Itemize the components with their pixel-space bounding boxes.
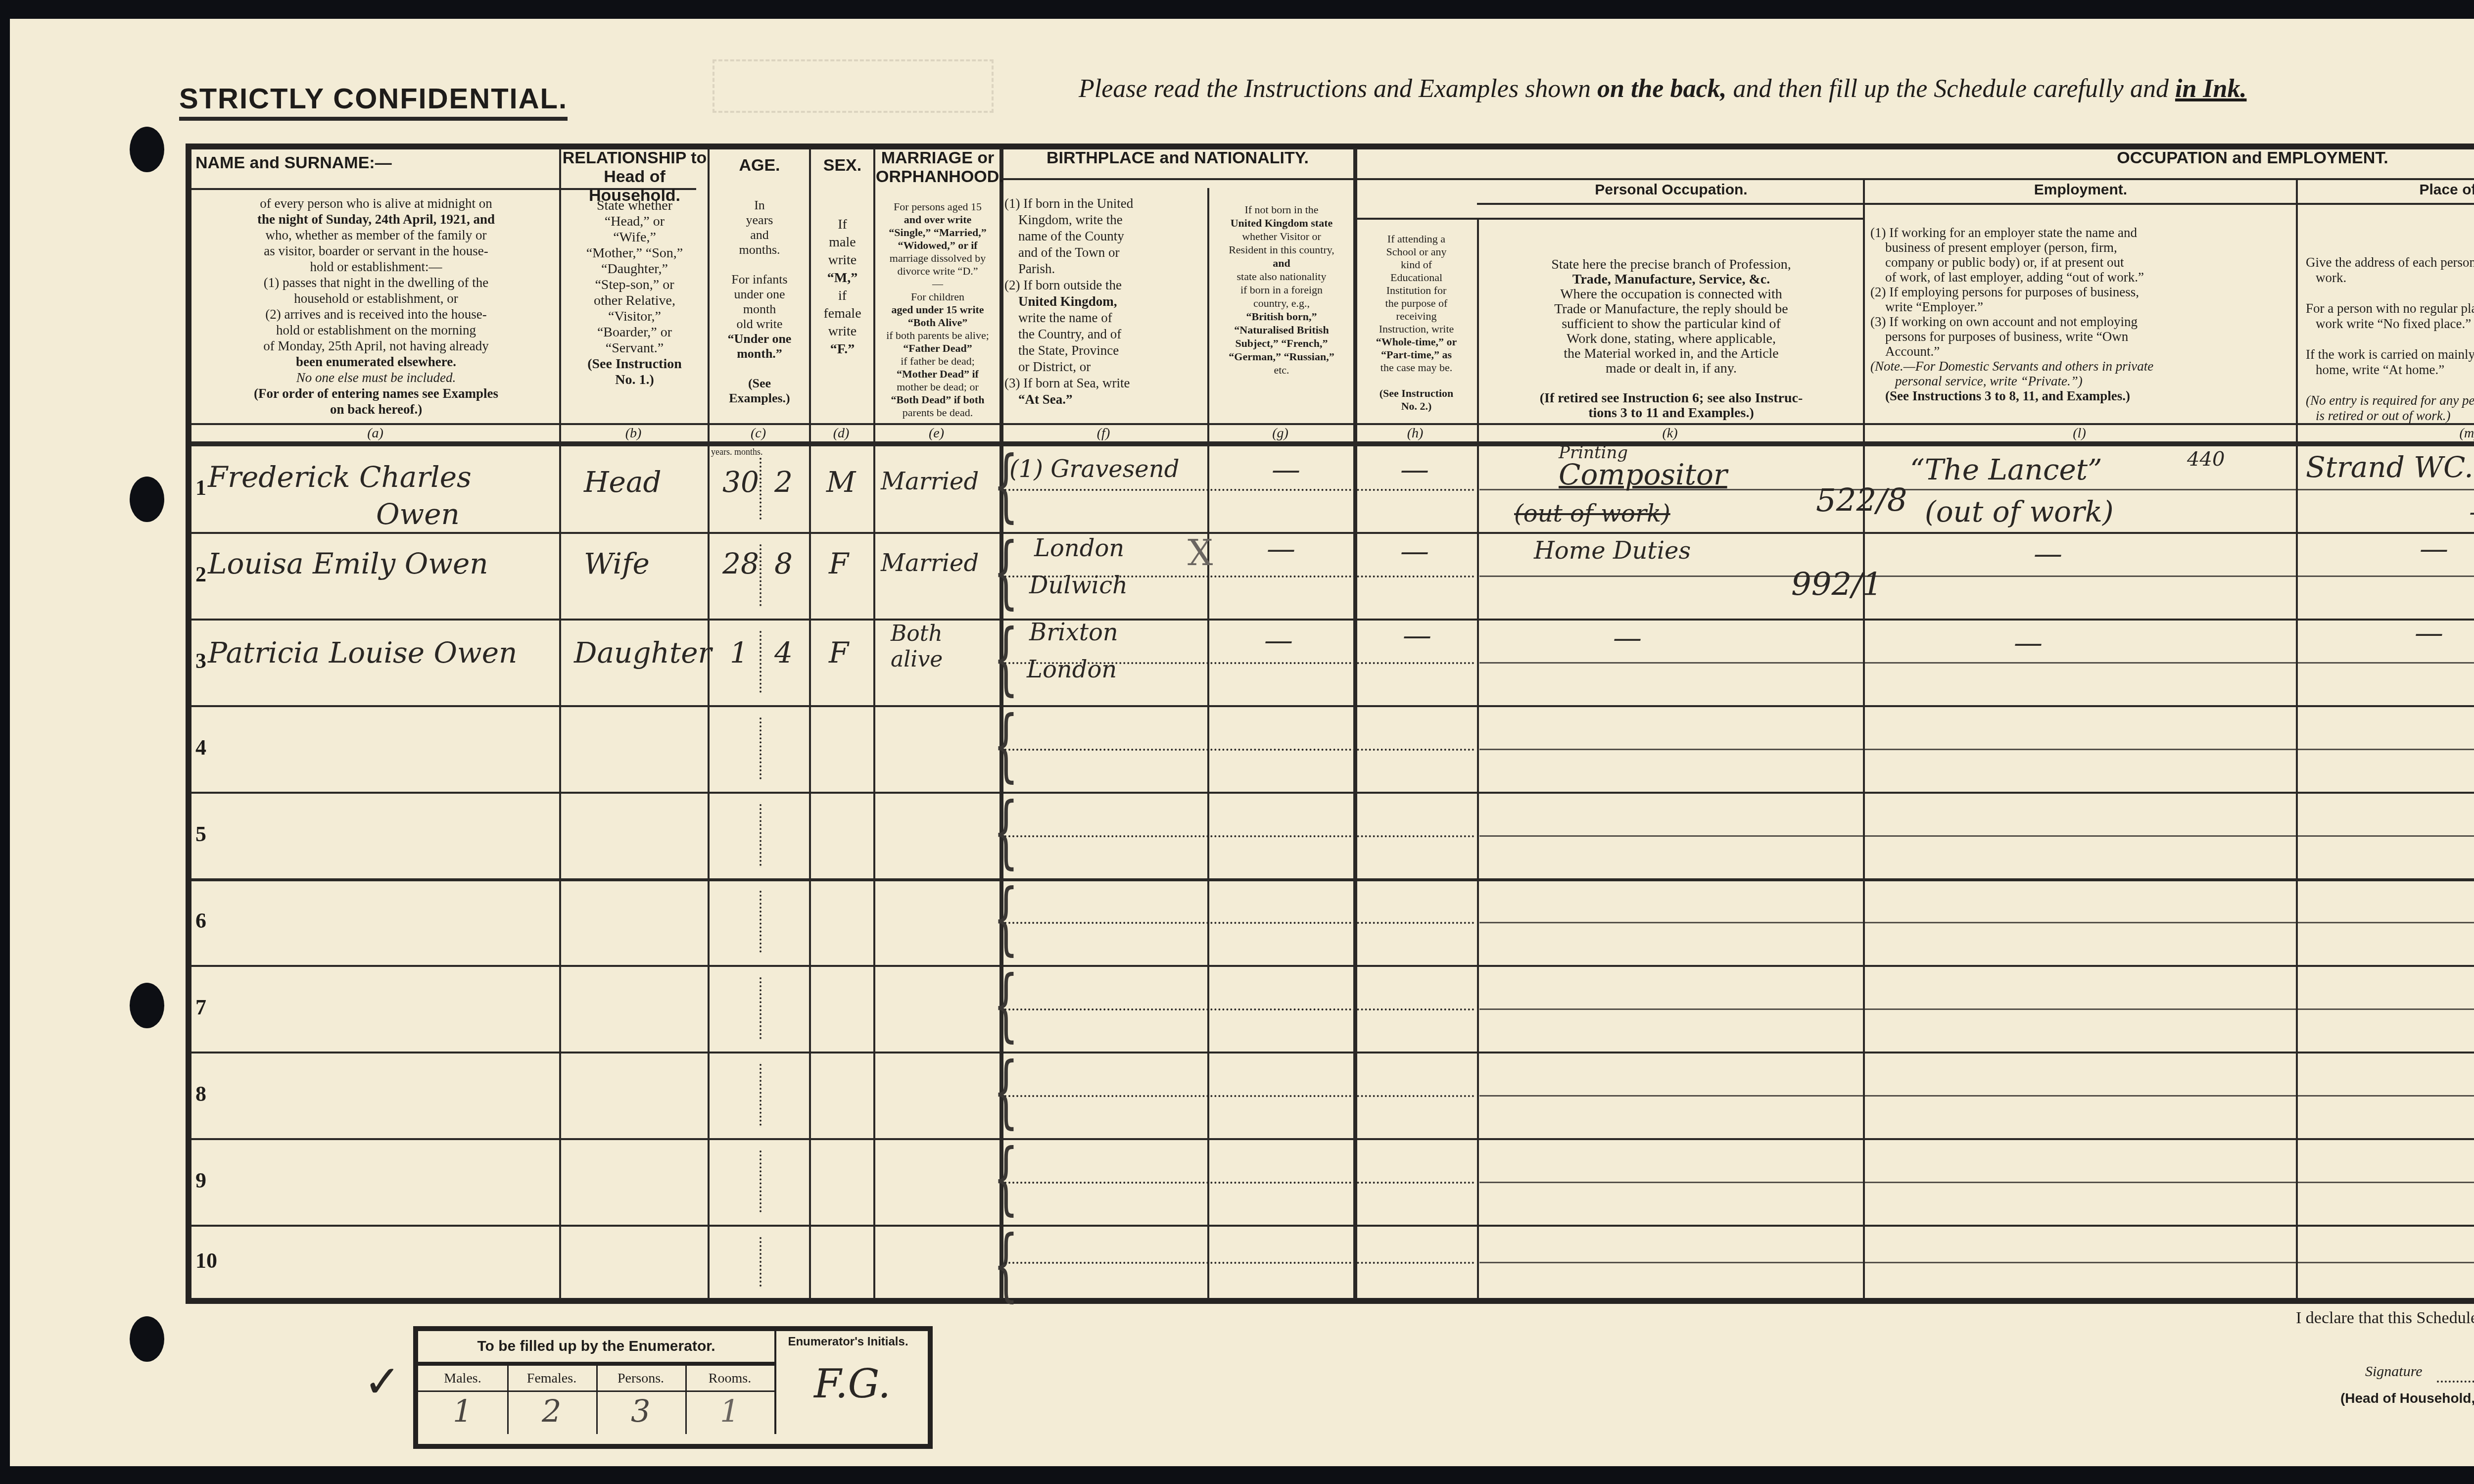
persons-label: Persons. (596, 1371, 685, 1387)
punch-hole (130, 127, 164, 172)
col-letter-b: (b) (559, 426, 708, 441)
punch-hole (130, 983, 164, 1028)
row-1-name: Frederick Charles (208, 460, 472, 494)
age-divider (760, 804, 761, 866)
divider (191, 441, 2474, 446)
col-line (559, 148, 561, 1299)
row-number: 5 (195, 821, 206, 847)
row-3-education: — (1403, 619, 1431, 652)
occupation-line (1479, 835, 2474, 837)
row-divider (191, 965, 2474, 967)
brace: { (993, 534, 1018, 609)
col-a-title: NAME and SURNAME:— (195, 153, 557, 172)
col-f-desc: (1) If born in the UnitedKingdom, write … (1004, 195, 1205, 408)
col-c-desc: Inyearsandmonths. For infantsunder onemo… (710, 198, 809, 406)
birthplace-line (1004, 1008, 1475, 1010)
col-l-desc: (1) If working for an employer state the… (1870, 225, 2291, 403)
col-line (1207, 188, 1209, 1299)
col-e-title: MARRIAGE or ORPHANHOOD. (876, 148, 999, 186)
row-divider (191, 792, 2474, 794)
row-number: 4 (195, 735, 206, 760)
birthplace-line (1004, 1182, 1475, 1184)
row-2-occupation: Home Duties (1534, 537, 1691, 565)
brace: { (993, 1054, 1018, 1128)
col-letter-a: (a) (191, 426, 559, 441)
punch-hole (130, 1316, 164, 1362)
signature-label: Signature (2365, 1363, 2423, 1380)
row-1-employer-code: 440 (2187, 448, 2225, 471)
occupation-line (1479, 1008, 2474, 1010)
col-letter-c: (c) (708, 426, 809, 441)
birthplace-line (1004, 1095, 1475, 1097)
col-letter-g: (g) (1207, 426, 1353, 441)
row-2-age-years: 28 (722, 547, 759, 580)
row-1-birthplace: (1) Gravesend (1009, 455, 1179, 483)
row-1-occupation: Compositor (1559, 458, 1727, 491)
divider (1353, 218, 1863, 220)
row-1-employment-outofwork: (out of work) (1925, 495, 2114, 528)
col-d-title: SEX. (811, 156, 873, 175)
males-count: 1 (453, 1393, 472, 1429)
occupation-title: OCCUPATION and EMPLOYMENT. (1865, 148, 2474, 167)
col-line (1863, 178, 1865, 1299)
occupation-line (1479, 749, 2474, 750)
row-3-orphanhood: Both alive (891, 621, 960, 672)
row-divider (191, 1138, 2474, 1140)
age-divider (760, 891, 761, 953)
enumerator-initials: F.G. (814, 1361, 891, 1407)
col-d-desc: Ifmalewrite“M,”iffemalewrite“F.” (811, 198, 873, 358)
row-1-name-surname: Owen (376, 497, 460, 531)
row-3-age-months: 4 (774, 636, 793, 670)
col-c-title: AGE. (710, 156, 809, 175)
rooms-label: Rooms. (685, 1371, 774, 1387)
col-line (809, 148, 811, 1299)
row-1-age-months: 2 (774, 465, 793, 499)
brace: { (993, 1227, 1018, 1301)
row-3-nationality: — (1264, 623, 1293, 657)
col-m-desc: Give the address of each person's place … (2306, 255, 2474, 424)
age-divider (760, 1150, 761, 1212)
col-h-desc: If attending aSchool or anykind ofEducat… (1356, 233, 1477, 413)
brace: { (993, 708, 1018, 782)
females-count: 2 (542, 1393, 561, 1429)
col-g-desc: If not born in theUnited Kingdom statewh… (1210, 203, 1353, 377)
age-divider (760, 544, 761, 606)
row-3-workplace: — (2415, 616, 2443, 650)
col-line (873, 148, 875, 1299)
birthplace-line (1004, 835, 1475, 837)
row-3-name: Patricia Louise Owen (208, 636, 517, 670)
divider (774, 1331, 776, 1434)
green-check-icon: ✓ (364, 1356, 401, 1408)
row-2-education: — (1400, 534, 1429, 568)
row-3-birthplace-2: London (1027, 656, 1117, 683)
row-1-workplace-dash: — (2469, 495, 2474, 528)
rooms-count: 1 (720, 1393, 739, 1429)
row-3-occupation: — (1613, 621, 1642, 655)
birthplace-line (1004, 489, 1475, 491)
occupation-line (1479, 1262, 2474, 1263)
row-3-relationship: Daughter (574, 636, 712, 670)
col-fg-title: BIRTHPLACE and NATIONALITY. (1004, 148, 1351, 167)
col-l-title: Employment. (1865, 181, 2296, 199)
birthplace-line (1004, 1262, 1475, 1264)
row-3-age-years: 1 (730, 636, 748, 670)
row-2-workplace: — (2420, 532, 2448, 566)
row-1-occupation-outofwork: (out of work) (1514, 500, 1670, 527)
brace: { (993, 794, 1018, 868)
row-2-employment: — (2034, 537, 2062, 571)
males-label: Males. (418, 1371, 507, 1387)
divider (999, 178, 2474, 180)
occupation-line (1479, 1095, 2474, 1097)
row-3-sex: F (829, 636, 849, 670)
birthplace-line (1004, 922, 1475, 924)
row-2-name: Louisa Emily Owen (208, 547, 488, 580)
col-letter-l: (l) (1863, 426, 2296, 441)
col-letter-m: (m) (2296, 426, 2474, 441)
row-1-workplace: Strand WC. (2306, 450, 2474, 484)
divider (191, 423, 2474, 425)
row-2-marriage: Married (881, 549, 979, 577)
row-divider (191, 1052, 2474, 1053)
row-number: 9 (195, 1168, 206, 1193)
row-2-birthplace-1: London (1034, 534, 1124, 562)
age-divider (760, 458, 761, 520)
instruction-line: Please read the Instructions and Example… (1079, 74, 2246, 103)
occupation-line (1479, 1182, 2474, 1183)
col-line (1477, 218, 1479, 1299)
age-divider (760, 1237, 761, 1287)
col-b-desc: State whether“Head,” or“Wife,”“Mother,” … (562, 198, 708, 388)
punch-hole (130, 477, 164, 522)
row-1-employer: “The Lancet” (1910, 453, 2102, 486)
row-2-sex: F (829, 547, 849, 580)
signature-line (2437, 1381, 2474, 1383)
col-m-title: Place of Work. (2298, 181, 2474, 199)
row-1-occupation-code: 522/8 (1816, 482, 1907, 519)
row-number: 1 (195, 475, 206, 500)
divider (1477, 203, 2474, 205)
row-1-nationality: — (1272, 453, 1300, 486)
row-2-relationship: Wife (584, 547, 650, 580)
row-divider (191, 705, 2474, 707)
age-subheader: years. months. (711, 447, 762, 457)
confidential-heading: STRICTLY CONFIDENTIAL. (179, 83, 568, 121)
age-divider (760, 718, 761, 779)
row-1-age-years: 30 (722, 465, 759, 499)
brace: { (993, 1141, 1018, 1215)
col-letter-f: (f) (999, 426, 1207, 441)
col-a-desc: of every person who is alive at midnight… (198, 195, 554, 417)
age-divider (760, 631, 761, 693)
signature-caption: (Head of Household, Manager of Establish… (2340, 1390, 2474, 1406)
row-2-birthplace-2: Dulwich (1029, 572, 1128, 599)
faded-stamp (713, 59, 994, 113)
row-3-employment: — (2014, 626, 2043, 660)
brace: { (993, 881, 1018, 955)
brace: { (993, 621, 1018, 695)
col-letter-k: (k) (1477, 426, 1863, 441)
row-divider (191, 878, 2474, 881)
declaration-text: I declare that this Schedule is correctl… (2296, 1309, 2474, 1328)
row-2-pencil-mark: X (1188, 532, 1213, 574)
row-divider (191, 532, 2474, 534)
enumerator-summary-box: To be filled up by the Enumerator. Enume… (413, 1326, 933, 1449)
col-k-title: Personal Occupation. (1479, 181, 1863, 199)
females-label: Females. (507, 1371, 596, 1387)
row-2-occupation-code: 992/1 (1791, 567, 1882, 603)
col-letter-e: (e) (873, 426, 999, 441)
age-divider (760, 1064, 761, 1126)
row-1-marriage: Married (881, 468, 979, 495)
birthplace-line (1004, 749, 1475, 751)
row-number: 7 (195, 995, 206, 1020)
col-letter-h: (h) (1353, 426, 1477, 441)
occupation-line (1479, 662, 2474, 664)
row-number: 10 (195, 1248, 217, 1273)
row-1-education: — (1400, 453, 1429, 486)
row-1-relationship: Head (584, 465, 662, 499)
col-b-title: RELATIONSHIP to Head of Household. (562, 148, 708, 205)
row-2-age-months: 8 (774, 547, 793, 580)
col-k-desc: State here the precise branch of Profess… (1482, 257, 1860, 421)
persons-count: 3 (631, 1393, 650, 1429)
occupation-line (1479, 922, 2474, 923)
occupation-line (1479, 575, 2474, 577)
row-divider (191, 619, 2474, 621)
row-number: 8 (195, 1081, 206, 1106)
row-1-sex: M (826, 465, 856, 499)
age-divider (760, 977, 761, 1039)
enumerator-box-title: To be filled up by the Enumerator. (418, 1331, 774, 1366)
row-number: 3 (195, 648, 206, 673)
row-divider (191, 1225, 2474, 1227)
row-3-birthplace-1: Brixton (1029, 619, 1118, 646)
enumerator-initials-label: Enumerator's Initials. (778, 1335, 918, 1349)
row-number: 2 (195, 562, 206, 587)
col-line (2296, 178, 2298, 1299)
col-letter-d: (d) (809, 426, 873, 441)
brace: { (993, 967, 1018, 1042)
row-number: 6 (195, 908, 206, 933)
row-2-nationality: — (1267, 532, 1295, 566)
col-e-desc: For persons aged 15and over write“Single… (876, 200, 999, 419)
col-line (708, 148, 710, 1299)
